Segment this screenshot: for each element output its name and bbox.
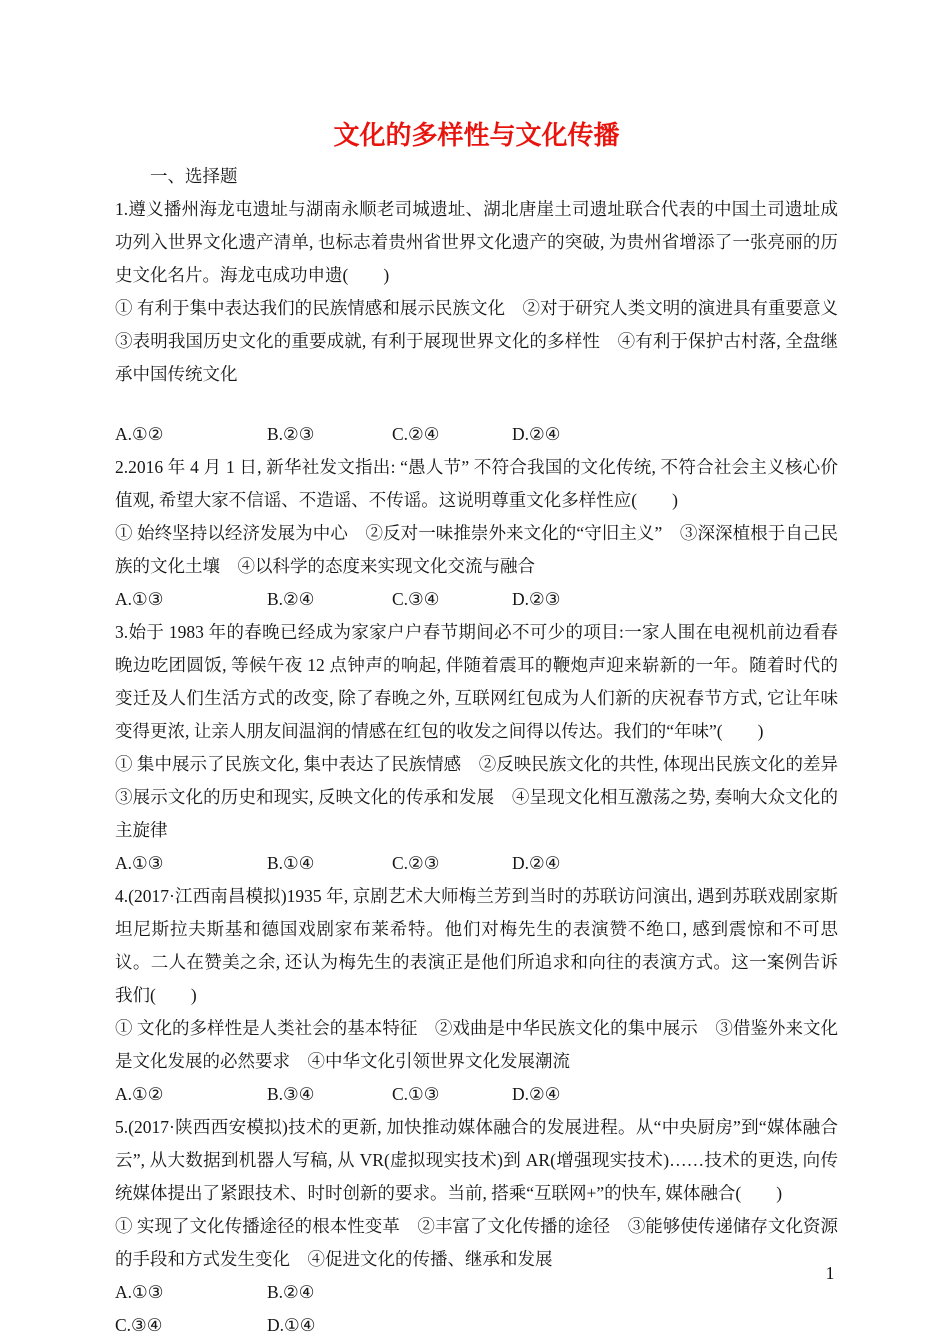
option-d: D.①④ xyxy=(267,1309,838,1342)
option-d: D.②④ xyxy=(512,847,838,880)
question-2-options: A.①③ B.②④ C.③④ D.②③ xyxy=(115,583,838,616)
question-4-items: ① 文化的多样性是人类社会的基本特征 ②戏曲是中华民族文化的集中展示 ③借鉴外来… xyxy=(115,1012,838,1078)
option-a: A.①② xyxy=(115,1078,267,1111)
question-2-stem: 2.2016 年 4 月 1 日, 新华社发文指出: “愚人节” 不符合我国的文… xyxy=(115,451,838,517)
question-5: 5.(2017·陕西西安模拟)技术的更新, 加快推动媒体融合的发展进程。从“中央… xyxy=(115,1111,838,1342)
option-a: A.①② xyxy=(115,418,267,451)
option-b: B.②③ xyxy=(267,418,392,451)
option-c: C.③④ xyxy=(115,1309,267,1342)
option-a: A.①③ xyxy=(115,847,267,880)
option-b: B.②④ xyxy=(267,583,392,616)
option-c: C.①③ xyxy=(392,1078,512,1111)
question-3-stem: 3.始于 1983 年的春晚已经成为家家户户春节期间必不可少的项目:一家人围在电… xyxy=(115,616,838,748)
option-c: C.②④ xyxy=(392,418,512,451)
option-a: A.①③ xyxy=(115,1276,267,1309)
option-d: D.②④ xyxy=(512,1078,838,1111)
question-5-items: ① 实现了文化传播途径的根本性变革 ②丰富了文化传播的途径 ③能够使传递储存文化… xyxy=(115,1210,838,1276)
option-b: B.②④ xyxy=(267,1276,838,1309)
option-b: B.①④ xyxy=(267,847,392,880)
question-2-items: ① 始终坚持以经济发展为中心 ②反对一味推崇外来文化的“守旧主义” ③深深植根于… xyxy=(115,517,838,583)
section-heading: 一、选择题 xyxy=(115,160,838,193)
question-5-options-row-1: A.①③ B.②④ xyxy=(115,1276,838,1309)
question-5-stem: 5.(2017·陕西西安模拟)技术的更新, 加快推动媒体融合的发展进程。从“中央… xyxy=(115,1111,838,1210)
question-3: 3.始于 1983 年的春晚已经成为家家户户春节期间必不可少的项目:一家人围在电… xyxy=(115,616,838,880)
option-d: D.②③ xyxy=(512,583,838,616)
option-c: C.③④ xyxy=(392,583,512,616)
option-c: C.②③ xyxy=(392,847,512,880)
question-2: 2.2016 年 4 月 1 日, 新华社发文指出: “愚人节” 不符合我国的文… xyxy=(115,451,838,616)
page-title: 文化的多样性与文化传播 xyxy=(115,116,838,154)
document-page: 文化的多样性与文化传播 一、选择题 1.遵义播州海龙屯遗址与湖南永顺老司城遗址、… xyxy=(115,116,838,1342)
question-3-items: ① 集中展示了民族文化, 集中表达了民族情感 ②反映民族文化的共性, 体现出民族… xyxy=(115,748,838,847)
option-d: D.②④ xyxy=(512,418,838,451)
question-5-options-row-2: C.③④ D.①④ xyxy=(115,1309,838,1342)
question-1-options: A.①② B.②③ C.②④ D.②④ xyxy=(115,418,838,451)
page-number: 1 xyxy=(818,1258,842,1288)
option-a: A.①③ xyxy=(115,583,267,616)
question-1-items: ① 有利于集中表达我们的民族情感和展示民族文化 ②对于研究人类文明的演进具有重要… xyxy=(115,292,838,391)
question-4-options: A.①② B.③④ C.①③ D.②④ xyxy=(115,1078,838,1111)
question-3-options: A.①③ B.①④ C.②③ D.②④ xyxy=(115,847,838,880)
option-b: B.③④ xyxy=(267,1078,392,1111)
question-4-stem: 4.(2017·江西南昌模拟)1935 年, 京剧艺术大师梅兰芳到当时的苏联访问… xyxy=(115,880,838,1012)
question-1-stem: 1.遵义播州海龙屯遗址与湖南永顺老司城遗址、湖北唐崖土司遗址联合代表的中国土司遗… xyxy=(115,193,838,292)
question-4: 4.(2017·江西南昌模拟)1935 年, 京剧艺术大师梅兰芳到当时的苏联访问… xyxy=(115,880,838,1111)
question-1: 1.遵义播州海龙屯遗址与湖南永顺老司城遗址、湖北唐崖土司遗址联合代表的中国土司遗… xyxy=(115,193,838,451)
